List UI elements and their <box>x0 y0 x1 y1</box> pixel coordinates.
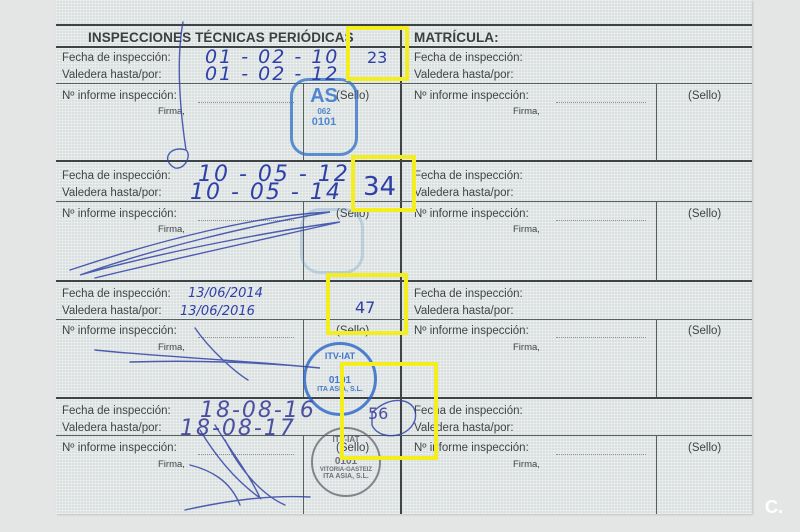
firma-label: Firma, <box>158 342 185 353</box>
valedera-label: Valedera hasta/por: <box>62 69 162 81</box>
sello-label: (Sello) <box>688 442 721 454</box>
highlight-box-1 <box>346 26 409 81</box>
handwritten-valedera: 01 - 02 - 12 <box>205 63 339 85</box>
highlight-box-2 <box>351 155 416 212</box>
fecha-label: Fecha de inspección: <box>62 405 171 417</box>
figure-caption: C. <box>765 497 783 518</box>
firma-label: Firma, <box>158 106 185 117</box>
fecha-label: Fecha de inspección: <box>414 288 523 300</box>
faded-as-stamp <box>300 208 364 274</box>
as-stamp-code: 062 <box>293 107 355 116</box>
informe-dots <box>556 219 646 221</box>
informe-label: Nº informe inspección: <box>62 208 177 220</box>
sello-divider-left-4 <box>303 435 304 514</box>
informe-dots <box>198 336 294 338</box>
handwritten-valedera: 18-08-17 <box>180 416 296 441</box>
sello-divider-right-3 <box>656 319 657 397</box>
fecha-label: Fecha de inspección: <box>62 170 171 182</box>
handwritten-fecha: 13/06/2014 <box>188 286 263 301</box>
fecha-label: Fecha de inspección: <box>414 52 523 64</box>
handwritten-valedera: 10 - 05 - 14 <box>190 180 342 205</box>
firma-label: Firma, <box>513 106 540 117</box>
valedera-label: Valedera hasta/por: <box>414 187 514 199</box>
informe-label: Nº informe inspección: <box>62 442 177 454</box>
informe-dots <box>556 101 646 103</box>
sello-label: (Sello) <box>688 325 721 337</box>
fecha-label: Fecha de inspección: <box>414 170 523 182</box>
valedera-label: Valedera hasta/por: <box>62 305 162 317</box>
sello-divider-right-4 <box>656 435 657 514</box>
sello-label: (Sello) <box>688 208 721 220</box>
sello-divider-right-1 <box>656 83 657 160</box>
informe-label: Nº informe inspección: <box>62 325 177 337</box>
firma-label: Firma, <box>158 224 185 235</box>
row-subline-1 <box>56 83 752 84</box>
valedera-label: Valedera hasta/por: <box>62 422 162 434</box>
informe-dots <box>198 453 294 455</box>
firma-label: Firma, <box>513 459 540 470</box>
firma-label: Firma, <box>513 342 540 353</box>
sello-label: (Sello) <box>688 90 721 102</box>
fecha-label: Fecha de inspección: <box>62 288 171 300</box>
informe-label: Nº informe inspección: <box>414 208 529 220</box>
as-stamp-logo: AS <box>293 85 355 107</box>
handwritten-valedera: 13/06/2016 <box>180 304 255 319</box>
valedera-label: Valedera hasta/por: <box>414 69 514 81</box>
itv-stamp-company: ITA ASIA, S.L. <box>313 473 379 480</box>
informe-label: Nº informe inspección: <box>414 325 529 337</box>
informe-label: Nº informe inspección: <box>62 90 177 102</box>
firma-label: Firma, <box>158 459 185 470</box>
sello-divider-right-2 <box>656 201 657 280</box>
firma-label: Firma, <box>513 224 540 235</box>
valedera-label: Valedera hasta/por: <box>62 187 162 199</box>
informe-dots <box>556 336 646 338</box>
left-header: INSPECCIONES TÉCNICAS PERIÓDICAS <box>88 30 354 45</box>
informe-dots <box>198 219 294 221</box>
informe-label: Nº informe inspección: <box>414 90 529 102</box>
highlight-box-4 <box>340 362 438 460</box>
as-stamp: AS 062 0101 <box>290 78 358 156</box>
highlight-box-3 <box>326 273 408 335</box>
as-stamp-station: 0101 <box>293 116 355 128</box>
fecha-label: Fecha de inspección: <box>62 52 171 64</box>
valedera-label: Valedera hasta/por: <box>414 305 514 317</box>
informe-dots <box>198 101 294 103</box>
informe-dots <box>556 453 646 455</box>
right-header: MATRÍCULA: <box>414 30 499 45</box>
